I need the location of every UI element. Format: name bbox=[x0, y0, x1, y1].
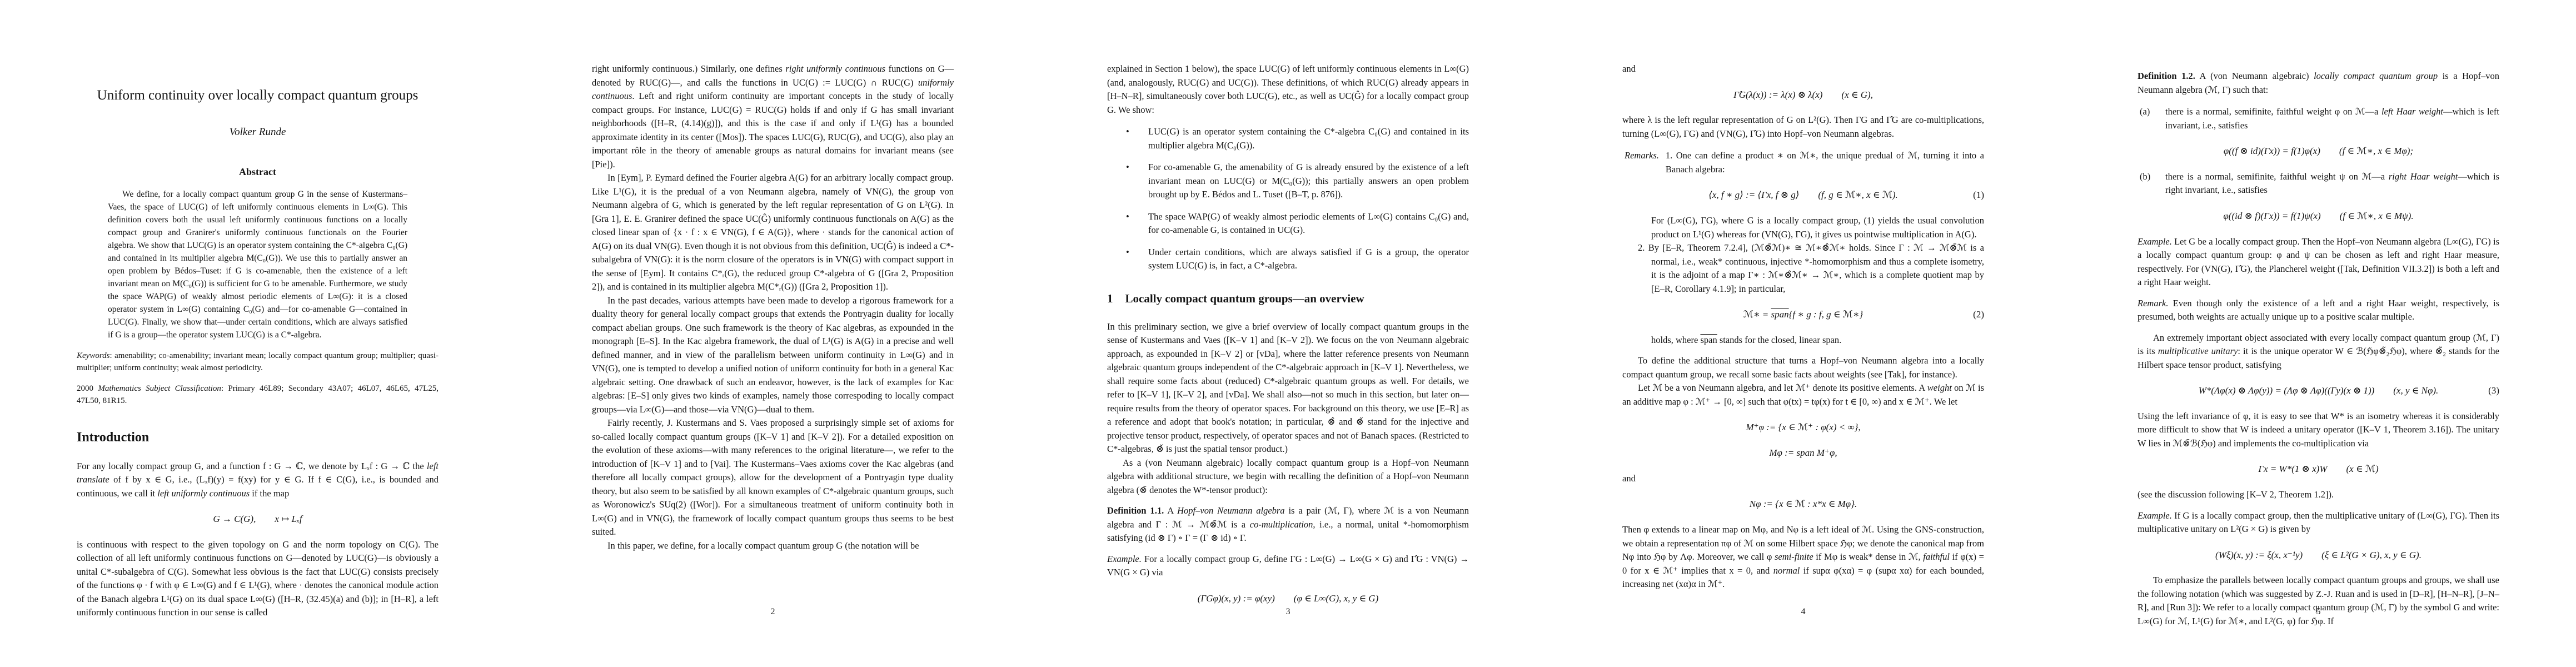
paper-title: Uniform continuity over locally compact … bbox=[80, 87, 435, 105]
equation-text: W*(Λφ(x) ⊗ Λφ(y)) = (Λφ ⊗ Λφ)((Γy)(x ⊗ 1… bbox=[2199, 385, 2439, 396]
body-paragraph: Then φ extends to a linear map on Mφ, an… bbox=[1622, 523, 1984, 591]
equation-text: (Wξ)(x, y) := ξ(x, x⁻¹y) (ξ ∈ L²(G × G),… bbox=[2215, 550, 2421, 560]
bullet-marker: • bbox=[1126, 210, 1142, 237]
item-text: Under certain conditions, which are alwa… bbox=[1148, 246, 1469, 273]
bullet-marker: • bbox=[1126, 125, 1142, 152]
equation-text: ℳ∗ = span{f ∗ g : f, g ∈ ℳ∗} bbox=[1743, 309, 1863, 320]
page-1: Uniform continuity over locally compact … bbox=[0, 0, 515, 667]
body-paragraph: and bbox=[1622, 472, 1984, 486]
display-equation: Nφ := {x ∈ ℳ : x*x ∈ Mφ}. bbox=[1622, 497, 1984, 511]
body-paragraph: Definition 1.1. A Hopf–von Neumann algeb… bbox=[1107, 504, 1469, 545]
labeled-item: (b)there is a normal, semifinite, faithf… bbox=[2140, 170, 2499, 197]
section-heading: Introduction bbox=[77, 430, 439, 445]
display-equation: W*(Λφ(x) ⊗ Λφ(y)) = (Λφ ⊗ Λφ)((Γy)(x ⊗ 1… bbox=[2137, 384, 2499, 397]
body-paragraph: For any locally compact group G, and a f… bbox=[77, 460, 439, 501]
item-text: there is a normal, semifinite, faithful … bbox=[2165, 170, 2499, 197]
body-paragraph: In this preliminary section, we give a b… bbox=[1107, 320, 1469, 456]
item-label: Remarks. bbox=[1625, 149, 1659, 176]
item-text: 1. One can define a product ∗ on ℳ∗, the… bbox=[1666, 149, 1984, 176]
body-paragraph: Example. For a locally compact group G, … bbox=[1107, 552, 1469, 580]
labeled-item: (a)there is a normal, semifinite, faithf… bbox=[2140, 105, 2499, 132]
body-paragraph: Remark. Even though only the existence o… bbox=[2137, 297, 2499, 324]
page-5: Definition 1.2. A (von Neumann algebraic… bbox=[2061, 0, 2576, 667]
item-text: The space WAP(G) of weakly almost period… bbox=[1148, 210, 1469, 237]
item-label: (a) bbox=[2140, 105, 2159, 132]
display-equation: ⟨x, f ∗ g⟩ := ⟨Γx, f ⊗ g⟩ (f, g ∈ ℳ∗, x … bbox=[1622, 188, 1984, 202]
equation-tag: (2) bbox=[1973, 308, 1984, 321]
equation-text: (ΓGφ)(x, y) := φ(xy) (φ ∈ L∞(G), x, y ∈ … bbox=[1198, 593, 1378, 604]
body-paragraph: As a (von Neumann algebraic) locally com… bbox=[1107, 456, 1469, 497]
equation-text: Γx = W*(1 ⊗ x)W (x ∈ ℳ) bbox=[2258, 464, 2378, 474]
list-paragraph: For (L∞(G), ΓG), where G is a locally co… bbox=[1651, 214, 1984, 241]
equation-text: ⟨x, f ∗ g⟩ := ⟨Γx, f ⊗ g⟩ (f, g ∈ ℳ∗, x … bbox=[1708, 190, 1898, 200]
display-equation: Γ̂G(λ(x)) := λ(x) ⊗ λ(x) (x ∈ G), bbox=[1622, 88, 1984, 102]
equation-tag: (1) bbox=[1973, 188, 1984, 202]
author-name: Volker Runde bbox=[77, 126, 439, 138]
display-equation: Γx = W*(1 ⊗ x)W (x ∈ ℳ) bbox=[2137, 462, 2499, 476]
section-heading: 1Locally compact quantum groups—an overv… bbox=[1107, 292, 1469, 306]
body-paragraph: right uniformly continuous.) Similarly, … bbox=[592, 62, 954, 171]
body-paragraph: Example. Let G be a locally compact grou… bbox=[2137, 235, 2499, 290]
equation-text: M⁺φ := {x ∈ ℳ⁺ : φ(x) < ∞}, bbox=[1746, 422, 1860, 432]
body-paragraph: Using the left invariance of φ, it is ea… bbox=[2137, 410, 2499, 451]
labeled-item: Remarks.1. One can define a product ∗ on… bbox=[1625, 149, 1984, 176]
display-equation: φ((id ⊗ f)(Γx)) = f(1)ψ(x) (f ∈ ℳ∗, x ∈ … bbox=[2137, 210, 2499, 223]
body-paragraph: In this paper, we define, for a locally … bbox=[592, 539, 954, 553]
page-number: 3 bbox=[1030, 607, 1546, 617]
meta-line: 2000 Mathematics Subject Classification:… bbox=[77, 382, 439, 407]
bullet-marker: • bbox=[1126, 161, 1142, 202]
page-3: explained in Section 1 below), the space… bbox=[1030, 0, 1546, 667]
bullet-item: •Under certain conditions, which are alw… bbox=[1126, 246, 1469, 273]
item-label: (b) bbox=[2140, 170, 2159, 197]
body-paragraph: explained in Section 1 below), the space… bbox=[1107, 62, 1469, 117]
body-paragraph: Let ℳ be a von Neumann algebra, and let … bbox=[1622, 381, 1984, 409]
body-paragraph: To emphasize the parallels between local… bbox=[2137, 574, 2499, 628]
abstract-heading: Abstract bbox=[77, 166, 439, 178]
display-equation: ℳ∗ = span{f ∗ g : f, g ∈ ℳ∗}(2) bbox=[1622, 308, 1984, 321]
body-paragraph: Definition 1.2. A (von Neumann algebraic… bbox=[2137, 69, 2499, 97]
meta-line: Keywords: amenability; co-amenability; i… bbox=[77, 350, 439, 374]
list-paragraph: holds, where span stands for the closed,… bbox=[1651, 333, 1984, 347]
list-paragraph: 2. By [E–R, Theorem 7.2.4], (ℳ⊗̄ℳ)∗ ≅ ℳ∗… bbox=[1651, 241, 1984, 296]
body-paragraph: In [Eym], P. Eymard defined the Fourier … bbox=[592, 171, 954, 294]
bullet-item: •The space WAP(G) of weakly almost perio… bbox=[1126, 210, 1469, 237]
display-equation: (ΓGφ)(x, y) := φ(xy) (φ ∈ L∞(G), x, y ∈ … bbox=[1107, 592, 1469, 605]
page-number: 1 bbox=[0, 607, 515, 617]
body-paragraph: Example. If G is a locally compact group… bbox=[2137, 509, 2499, 536]
equation-text: Nφ := {x ∈ ℳ : x*x ∈ Mφ}. bbox=[1750, 499, 1857, 509]
equation-text: Γ̂G(λ(x)) := λ(x) ⊗ λ(x) (x ∈ G), bbox=[1733, 89, 1873, 100]
equation-text: Mφ := span M⁺φ, bbox=[1769, 447, 1837, 458]
page-number: 5 bbox=[2061, 607, 2576, 617]
section-number: 1 bbox=[1107, 292, 1113, 305]
page-4: andΓ̂G(λ(x)) := λ(x) ⊗ λ(x) (x ∈ G),wher… bbox=[1546, 0, 2061, 667]
bullet-item: •LUC(G) is an operator system containing… bbox=[1126, 125, 1469, 152]
display-equation: M⁺φ := {x ∈ ℳ⁺ : φ(x) < ∞}, bbox=[1622, 421, 1984, 434]
body-paragraph: In the past decades, various attempts ha… bbox=[592, 294, 954, 417]
item-text: For co-amenable G, the amenability of G … bbox=[1148, 161, 1469, 202]
bullet-item: •For co-amenable G, the amenability of G… bbox=[1126, 161, 1469, 202]
body-paragraph: Fairly recently, J. Kustermans and S. Va… bbox=[592, 416, 954, 539]
body-paragraph: An extremely important object associated… bbox=[2137, 331, 2499, 372]
display-equation: φ((f ⊗ id)(Γx)) = f(1)φ(x) (f ∈ ℳ∗, x ∈ … bbox=[2137, 145, 2499, 158]
display-equation: G → C(G), x ↦ Lₓf bbox=[77, 512, 439, 526]
item-text: LUC(G) is an operator system containing … bbox=[1148, 125, 1469, 152]
display-equation: (Wξ)(x, y) := ξ(x, x⁻¹y) (ξ ∈ L²(G × G),… bbox=[2137, 549, 2499, 562]
body-paragraph: (see the discussion following [K–V 2, Th… bbox=[2137, 488, 2499, 502]
page-2: right uniformly continuous.) Similarly, … bbox=[515, 0, 1030, 667]
equation-text: G → C(G), x ↦ Lₓf bbox=[213, 514, 302, 524]
body-paragraph: and bbox=[1622, 62, 1984, 76]
section-heading-text: Locally compact quantum groups—an overvi… bbox=[1125, 292, 1364, 305]
bullet-marker: • bbox=[1126, 246, 1142, 273]
equation-tag: (3) bbox=[2488, 384, 2499, 397]
page-number: 4 bbox=[1546, 607, 2061, 617]
abstract-text: We define, for a locally compact quantum… bbox=[108, 188, 407, 341]
page-number: 2 bbox=[515, 607, 1030, 617]
display-equation: Mφ := span M⁺φ, bbox=[1622, 446, 1984, 460]
equation-text: φ((f ⊗ id)(Γx)) = f(1)φ(x) (f ∈ ℳ∗, x ∈ … bbox=[2224, 146, 2413, 156]
body-paragraph: To define the additional structure that … bbox=[1622, 354, 1984, 381]
equation-text: φ((id ⊗ f)(Γx)) = f(1)ψ(x) (f ∈ ℳ∗, x ∈ … bbox=[2223, 211, 2413, 221]
body-paragraph: where λ is the left regular representati… bbox=[1622, 113, 1984, 141]
item-text: there is a normal, semifinite, faithful … bbox=[2165, 105, 2499, 132]
